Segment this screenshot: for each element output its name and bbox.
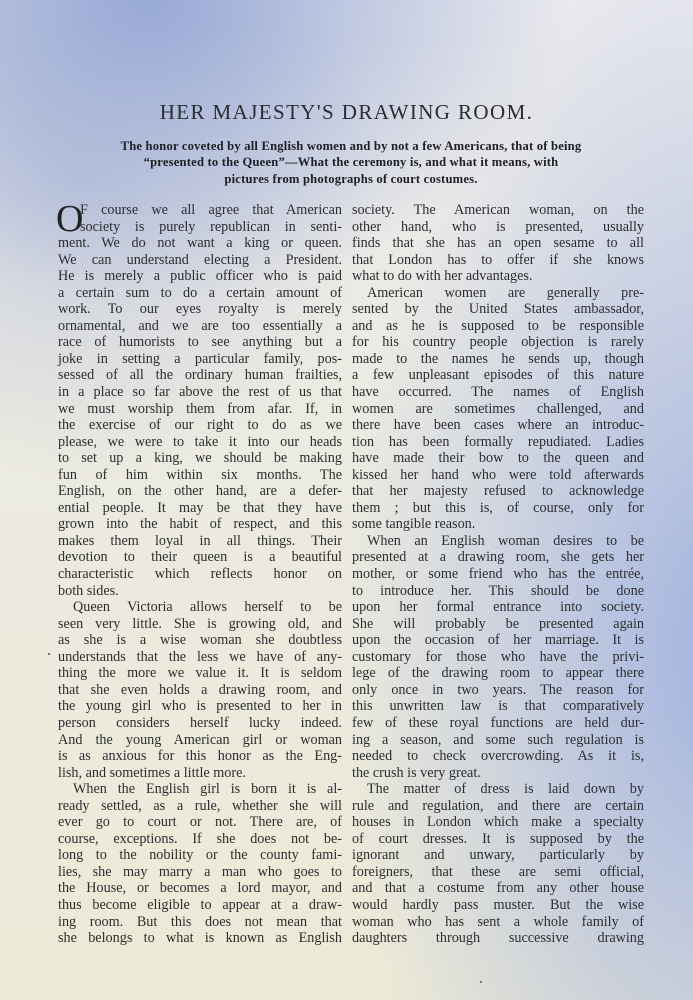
text-line: She will probably be presented again <box>352 616 644 633</box>
text-line: customary for those who have the privi- <box>352 649 644 666</box>
text-line: upon her formal entrance into society. <box>352 599 644 616</box>
text-line: lege of the drawing room to appear there <box>352 665 644 682</box>
text-line: joke in setting a particular family, pos… <box>58 351 342 368</box>
right-column: society. The American woman, on theother… <box>352 202 644 947</box>
article-title: HER MAJESTY'S DRAWING ROOM. <box>0 100 693 125</box>
text-line: women are sometimes challenged, and <box>352 401 644 418</box>
text-line: we must worship them from afar. If, in <box>58 401 342 418</box>
text-line: a certain sum to do a certain amount of <box>58 285 342 302</box>
text-line: that she even holds a drawing room, and <box>58 682 342 699</box>
text-line: kissed her hand who were told afterwards <box>352 467 644 484</box>
text-line: English, on the other hand, are a defer- <box>58 483 342 500</box>
text-line: ing a season, and some such regulation i… <box>352 732 644 749</box>
text-line: ment. We do not want a king or queen. <box>58 235 342 252</box>
text-line: tion has been formally repudiated. Ladie… <box>352 434 644 451</box>
text-line: the young girl who is presented to her i… <box>58 698 342 715</box>
text-line: have occurred. The names of English <box>352 384 644 401</box>
text-line: thing the more we value it. It is seldom <box>58 665 342 682</box>
text-line: that London has to offer if she knows <box>352 252 644 269</box>
text-line: makes them loyal in all things. Their <box>58 533 342 550</box>
left-column: O F course we all agree that Americansoc… <box>58 202 342 947</box>
text-line: lies, she may marry a man who goes to <box>58 864 342 881</box>
text-line: there have been cases where an introduc- <box>352 417 644 434</box>
print-speck <box>48 653 50 655</box>
text-line: Queen Victoria allows herself to be <box>58 599 342 616</box>
text-line: this unwritten law is that comparatively <box>352 698 644 715</box>
text-line: course, exceptions. If she does not be- <box>58 831 342 848</box>
subtitle-line: “presented to the Queen”—What the ceremo… <box>56 154 646 170</box>
text-line: ready settled, as a rule, whether she wi… <box>58 798 342 815</box>
text-line: sented by the United States ambassador, <box>352 301 644 318</box>
text-line: lish, and sometimes a little more. <box>58 765 342 782</box>
text-line: would hardly pass muster. But the wise <box>352 897 644 914</box>
text-line: and as he is supposed to be responsible <box>352 318 644 335</box>
text-line: thus become eligible to appear at a draw… <box>58 897 342 914</box>
text-line: race of humorists to see anything but a <box>58 334 342 351</box>
text-line: the exercise of our right to do as we <box>58 417 342 434</box>
text-line: ing room. But this does not mean that <box>58 914 342 931</box>
text-line: a few unpleasant episodes of this nature <box>352 367 644 384</box>
text-line: the House, or becomes a lord mayor, and <box>58 880 342 897</box>
text-line: presented at a drawing room, she gets he… <box>352 549 644 566</box>
text-line: work. To our eyes royalty is merely <box>58 301 342 318</box>
text-line: When an English woman desires to be <box>352 533 644 550</box>
text-line: daughters through successive drawing <box>352 930 644 947</box>
text-line: devotion to their queen is a beautiful <box>58 549 342 566</box>
text-line: understands that the less we have of any… <box>58 649 342 666</box>
text-line: of court dresses. It is supposed by the <box>352 831 644 848</box>
text-line: The matter of dress is laid down by <box>352 781 644 798</box>
text-line: houses in London which make a specialty <box>352 814 644 831</box>
text-line: some tangible reason. <box>352 516 644 533</box>
text-line: And the young American girl or woman <box>58 732 342 749</box>
magazine-page: HER MAJESTY'S DRAWING ROOM. The honor co… <box>0 0 693 1000</box>
text-line: and that a costume from any other house <box>352 880 644 897</box>
text-line: the crush is very great. <box>352 765 644 782</box>
subtitle-line: pictures from photographs of court costu… <box>56 171 646 187</box>
text-line: society. The American woman, on the <box>352 202 644 219</box>
text-line: seen very little. She is growing old, an… <box>58 616 342 633</box>
print-speck <box>480 981 482 983</box>
text-line: rule and regulation, and there are certa… <box>352 798 644 815</box>
text-line: woman who has sent a whole family of <box>352 914 644 931</box>
text-line: other hand, who is presented, usually <box>352 219 644 236</box>
text-line: for his country people objection is rare… <box>352 334 644 351</box>
text-line: sessed of all the ordinary human frailti… <box>58 367 342 384</box>
text-line: mother, or some friend who has the entré… <box>352 566 644 583</box>
text-line: ever go to court or not. There are, of <box>58 814 342 831</box>
text-line: to introduce her. This should be done <box>352 583 644 600</box>
text-line: grown into the habit of respect, and thi… <box>58 516 342 533</box>
text-line: When the English girl is born it is al- <box>58 781 342 798</box>
text-line: He is merely a public officer who is pai… <box>58 268 342 285</box>
text-line: please, we were to take it into our head… <box>58 434 342 451</box>
text-line: only once in two years. The reason for <box>352 682 644 699</box>
text-line: F course we all agree that American <box>58 202 342 219</box>
text-line: made to the names he sends up, though <box>352 351 644 368</box>
text-line: to set up a king, we should be making <box>58 450 342 467</box>
text-line: in a place so far above the rest of us t… <box>58 384 342 401</box>
text-line: long to the nobility or the county fami- <box>58 847 342 864</box>
text-line: ential people. It may be that they have <box>58 500 342 517</box>
text-line: have made their bow to the queen and <box>352 450 644 467</box>
text-line: she belongs to what is known as English <box>58 930 342 947</box>
text-line: ignorant and unwary, particularly by <box>352 847 644 864</box>
text-line: needed to check overcrowding. As it is, <box>352 748 644 765</box>
text-line: person considers herself lucky indeed. <box>58 715 342 732</box>
text-line: few of these royal functions are held du… <box>352 715 644 732</box>
text-line: ornamental, and we are too essentially a <box>58 318 342 335</box>
text-line: is as anxious for this honor as the Eng- <box>58 748 342 765</box>
text-line: society is purely republican in senti- <box>58 219 342 236</box>
drop-cap: O <box>56 202 83 236</box>
text-line: what to do with her advantages. <box>352 268 644 285</box>
text-line: American women are generally pre- <box>352 285 644 302</box>
text-line: finds that she has an open sesame to all <box>352 235 644 252</box>
subtitle-line: The honor coveted by all English women a… <box>56 138 646 154</box>
text-line: as she is a wise woman she doubtless <box>58 632 342 649</box>
text-line: fun of him within six months. The <box>58 467 342 484</box>
text-line: them ; but this is, of course, only for <box>352 500 644 517</box>
article-subtitle: The honor coveted by all English women a… <box>56 138 646 187</box>
text-line: that her majesty refused to acknowledge <box>352 483 644 500</box>
text-line: characteristic which reflects honor on <box>58 566 342 583</box>
text-line: We can understand electing a President. <box>58 252 342 269</box>
text-line: upon the occasion of her marriage. It is <box>352 632 644 649</box>
text-line: both sides. <box>58 583 342 600</box>
text-line: foreigners, that these are semi official… <box>352 864 644 881</box>
